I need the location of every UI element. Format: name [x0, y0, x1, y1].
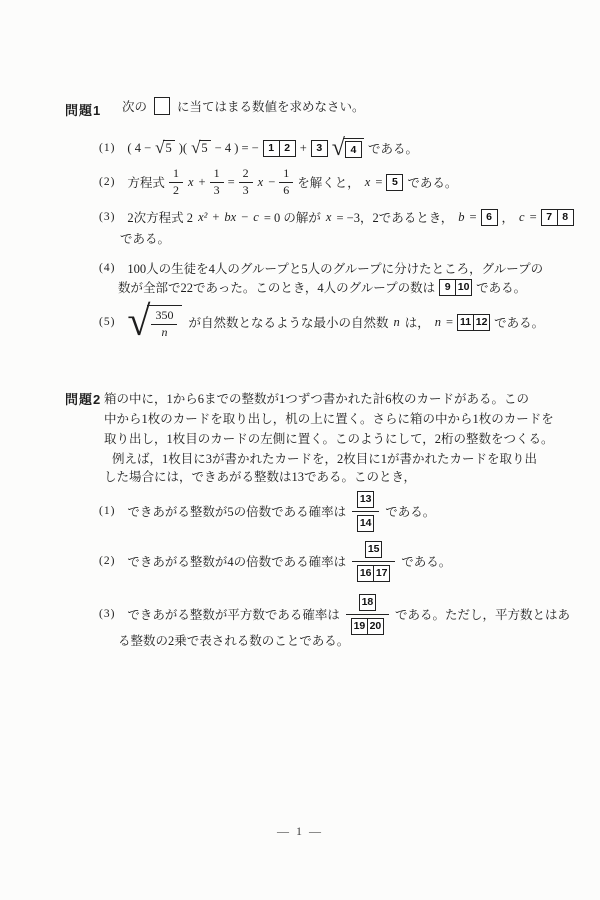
p1-item5-text1: が自然数となるような最小の自然数 [188, 313, 388, 331]
answer-box-cell-20: 20 [368, 618, 384, 635]
box-fraction-denominator: 1920 [346, 614, 389, 635]
answer-box-cell-11: 11 [457, 314, 474, 331]
fraction-1-2: 12 [169, 167, 183, 198]
answer-box-cell-5: 5 [386, 174, 403, 191]
p1-item5-number: (5) [99, 316, 115, 328]
box-fraction-denominator: 14 [352, 511, 379, 532]
p1-item3-text1: 2次方程式 2 [127, 208, 193, 226]
answer-box-cell-18: 18 [359, 594, 376, 611]
problem2-title: 問題2 [65, 389, 101, 408]
radicand-fraction: 350n [147, 305, 182, 340]
answer-box-11-12: 1112 [457, 314, 490, 331]
answer-box-cell-14: 14 [357, 515, 374, 532]
answer-box-cell-7: 7 [541, 209, 558, 226]
variable-x: x [364, 175, 372, 190]
comma: ， [502, 208, 515, 226]
fraction-numerator: 1 [210, 167, 224, 183]
p1-item1-text3: − 4 ) = − [215, 141, 259, 156]
problem1-intro: 次の に当てはまる数値を求めなさい。 [122, 97, 365, 115]
problem1-intro-pre: 次の [122, 97, 147, 115]
answer-box-cell-9: 9 [439, 279, 456, 296]
p1-item4-number: (4) [99, 262, 115, 274]
p2-item3-line1: (3) できあがる整数が平方数である確率は 18 1920 である。ただし，平方… [99, 594, 570, 634]
box-fraction-13-14: 13 14 [352, 491, 379, 532]
fraction-numerator: 2 [239, 167, 253, 183]
minus-sign: − [268, 175, 275, 190]
box-fraction-15-1617: 15 1617 [352, 541, 395, 582]
radicand: 5 [199, 140, 210, 156]
answer-box-1-2: 12 [263, 140, 296, 157]
p2-item2-suffix: である。 [401, 552, 451, 570]
p2-item2: (2) できあがる整数が4の倍数である確率は 15 1617 である。 [99, 541, 451, 581]
answer-box-cell-8: 8 [558, 209, 574, 226]
problem2-para-line5: した場合には，できあがる整数は13である。このとき， [104, 467, 416, 485]
fraction-denominator: 2 [169, 183, 183, 198]
p1-item2: (2) 方程式 12 x + 13 = 23 x − 16 を解くと， x = … [99, 165, 457, 199]
sqrt-over-box: √4 [332, 138, 364, 158]
p1-item3-line1: (3) 2次方程式 2 x² + bx − c = 0 の解が x = −3，2… [99, 206, 574, 228]
p1-item1-text1: ( 4 − [127, 141, 151, 156]
p2-item1-text1: できあがる整数が5の倍数である確率は [127, 502, 346, 520]
answer-box-cell-15: 15 [365, 541, 382, 558]
answer-box-cell-17: 17 [374, 565, 390, 582]
exam-page: 問題1 次の に当てはまる数値を求めなさい。 (1) ( 4 − √5 )( √… [0, 0, 600, 900]
answer-box-13: 13 [357, 491, 374, 508]
p1-item1-number: (1) [99, 142, 115, 154]
sqrt-expression: √5 [191, 140, 211, 156]
fraction-2-3: 23 [239, 167, 253, 198]
variable-x: x [187, 175, 195, 190]
answer-box-cell-19: 19 [351, 618, 368, 635]
fraction-numerator: 1 [279, 167, 293, 183]
plus-sign: + [199, 175, 206, 190]
equals-sign: = [530, 210, 537, 225]
p1-item4-line2: 数が全部で22であった。このとき，4人のグループの数は 910 である。 [118, 277, 526, 297]
answer-box-cell-6: 6 [481, 209, 498, 226]
answer-box-7-8: 78 [541, 209, 574, 226]
p1-item1-text4: + [300, 141, 307, 156]
radicand: 5 [163, 140, 174, 156]
p1-item4-line1: (4) 100人の生徒を4人のグループと5人のグループに分けたところ，グループの [99, 258, 543, 278]
p1-item1-suffix: である。 [368, 139, 418, 157]
variable-n: n [434, 315, 442, 330]
p1-item2-suffix: である。 [407, 173, 457, 191]
p2-item1-suffix: である。 [385, 502, 435, 520]
answer-box-cell-2: 2 [280, 140, 296, 157]
answer-box-18: 18 [359, 594, 376, 611]
equals-sign: = [375, 175, 382, 190]
fraction-1-6: 16 [279, 167, 293, 198]
p1-item2-number: (2) [99, 176, 115, 188]
p1-item4-suffix: である。 [476, 278, 526, 296]
sqrt-over-fraction: √350n [127, 305, 182, 340]
answer-box-cell-1: 1 [263, 140, 280, 157]
variable-x: x [257, 175, 265, 190]
p1-item3-text4: = 0 の解が [264, 208, 321, 226]
box-fraction-18-1920: 18 1920 [346, 594, 389, 635]
plus-sign: + [212, 210, 219, 225]
fraction-1-3: 13 [210, 167, 224, 198]
p1-item3-number: (3) [99, 211, 115, 223]
p2-item3-text1: できあがる整数が平方数である確率は [127, 605, 340, 623]
fraction-numerator: 350 [151, 309, 177, 325]
variable-n: n [393, 315, 401, 330]
variable-x-squared: x² [197, 210, 208, 225]
answer-box-4: 4 [345, 141, 362, 158]
p2-item3-number: (3) [99, 608, 115, 620]
p1-item3-line2: である。 [120, 229, 170, 247]
variable-bx: bx [223, 210, 237, 225]
answer-box-14: 14 [357, 515, 374, 532]
answer-box-3: 3 [311, 140, 328, 157]
box-fraction-numerator: 18 [359, 594, 376, 614]
variable-c: c [252, 210, 260, 225]
answer-blank-box-icon [154, 97, 170, 115]
fraction-denominator: 3 [210, 183, 224, 198]
variable-b: b [457, 210, 465, 225]
p1-item4-text1: 100人の生徒を4人のグループと5人のグループに分けたところ，グループの [127, 259, 543, 277]
problem2-para-line4: 例えば，1枚目に3が書かれたカードを，2枚目に1が書かれたカードを取り出 [112, 449, 537, 467]
radicand-box: 4 [343, 138, 364, 158]
answer-box-9-10: 910 [439, 279, 472, 296]
problem1-title: 問題1 [65, 100, 101, 119]
answer-box-5: 5 [386, 174, 403, 191]
answer-box-19-20: 1920 [351, 618, 384, 635]
p1-item4-text2: 数が全部で22であった。このとき，4人のグループの数は [118, 278, 435, 296]
problem2-para-line2: 中から1枚のカードを取り出し，机の上に置く。さらに箱の中から1枚のカードを [104, 409, 554, 427]
answer-box-cell-12: 12 [474, 314, 490, 331]
answer-box-16-17: 1617 [357, 565, 390, 582]
p1-item5: (5) √350n が自然数となるような最小の自然数 n は， n = 1112… [99, 303, 544, 341]
p1-item3-text5: = −3，2であるとき， [336, 208, 453, 226]
p2-item1-number: (1) [99, 505, 115, 517]
fraction-denominator: n [157, 325, 171, 340]
p2-item3-line2: る整数の2乗で表される数のことである。 [118, 631, 349, 649]
p2-item2-text1: できあがる整数が4の倍数である確率は [127, 552, 346, 570]
fraction-350-n: 350n [151, 309, 177, 340]
answer-box-6: 6 [481, 209, 498, 226]
equals-sign: = [469, 210, 476, 225]
variable-x: x [325, 210, 333, 225]
p2-item3-text2: である。ただし，平方数とはあ [395, 605, 570, 623]
p1-item2-text5: を解くと， [297, 173, 360, 191]
answer-box-cell-4: 4 [345, 141, 362, 158]
box-fraction-numerator: 15 [365, 541, 382, 561]
problem1-intro-post: に当てはまる数値を求めなさい。 [177, 97, 365, 115]
box-fraction-denominator: 1617 [352, 561, 395, 582]
box-fraction-numerator: 13 [357, 491, 374, 511]
p2-item1: (1) できあがる整数が5の倍数である確率は 13 14 である。 [99, 491, 435, 531]
equals-sign: = [446, 315, 453, 330]
problem2-para-line3: 取り出し，1枚目のカードの左側に置く。このようにして，2桁の整数をつくる。 [104, 429, 554, 447]
equals-sign: = [228, 175, 235, 190]
p1-item1-text2: )( [179, 141, 187, 156]
answer-box-cell-10: 10 [456, 279, 472, 296]
minus-sign: − [241, 210, 248, 225]
p1-item1: (1) ( 4 − √5 )( √5 − 4 ) = − 12 + 3 √4 で… [99, 137, 418, 159]
answer-box-cell-13: 13 [357, 491, 374, 508]
fraction-denominator: 3 [239, 183, 253, 198]
answer-box-15: 15 [365, 541, 382, 558]
fraction-numerator: 1 [169, 167, 183, 183]
problem2-para-line1: 箱の中に，1から6までの整数が1つずつ書かれた計6枚のカードがある。この [104, 389, 529, 407]
p2-item2-number: (2) [99, 555, 115, 567]
p1-item5-suffix: である。 [494, 313, 544, 331]
p1-item2-text1: 方程式 [127, 173, 165, 191]
variable-c: c [518, 210, 526, 225]
answer-box-cell-3: 3 [311, 140, 328, 157]
answer-box-cell-16: 16 [357, 565, 374, 582]
p1-item5-text2: は， [405, 313, 430, 331]
sqrt-expression: √5 [155, 140, 175, 156]
fraction-denominator: 6 [279, 183, 293, 198]
page-number: — 1 — [0, 824, 600, 839]
